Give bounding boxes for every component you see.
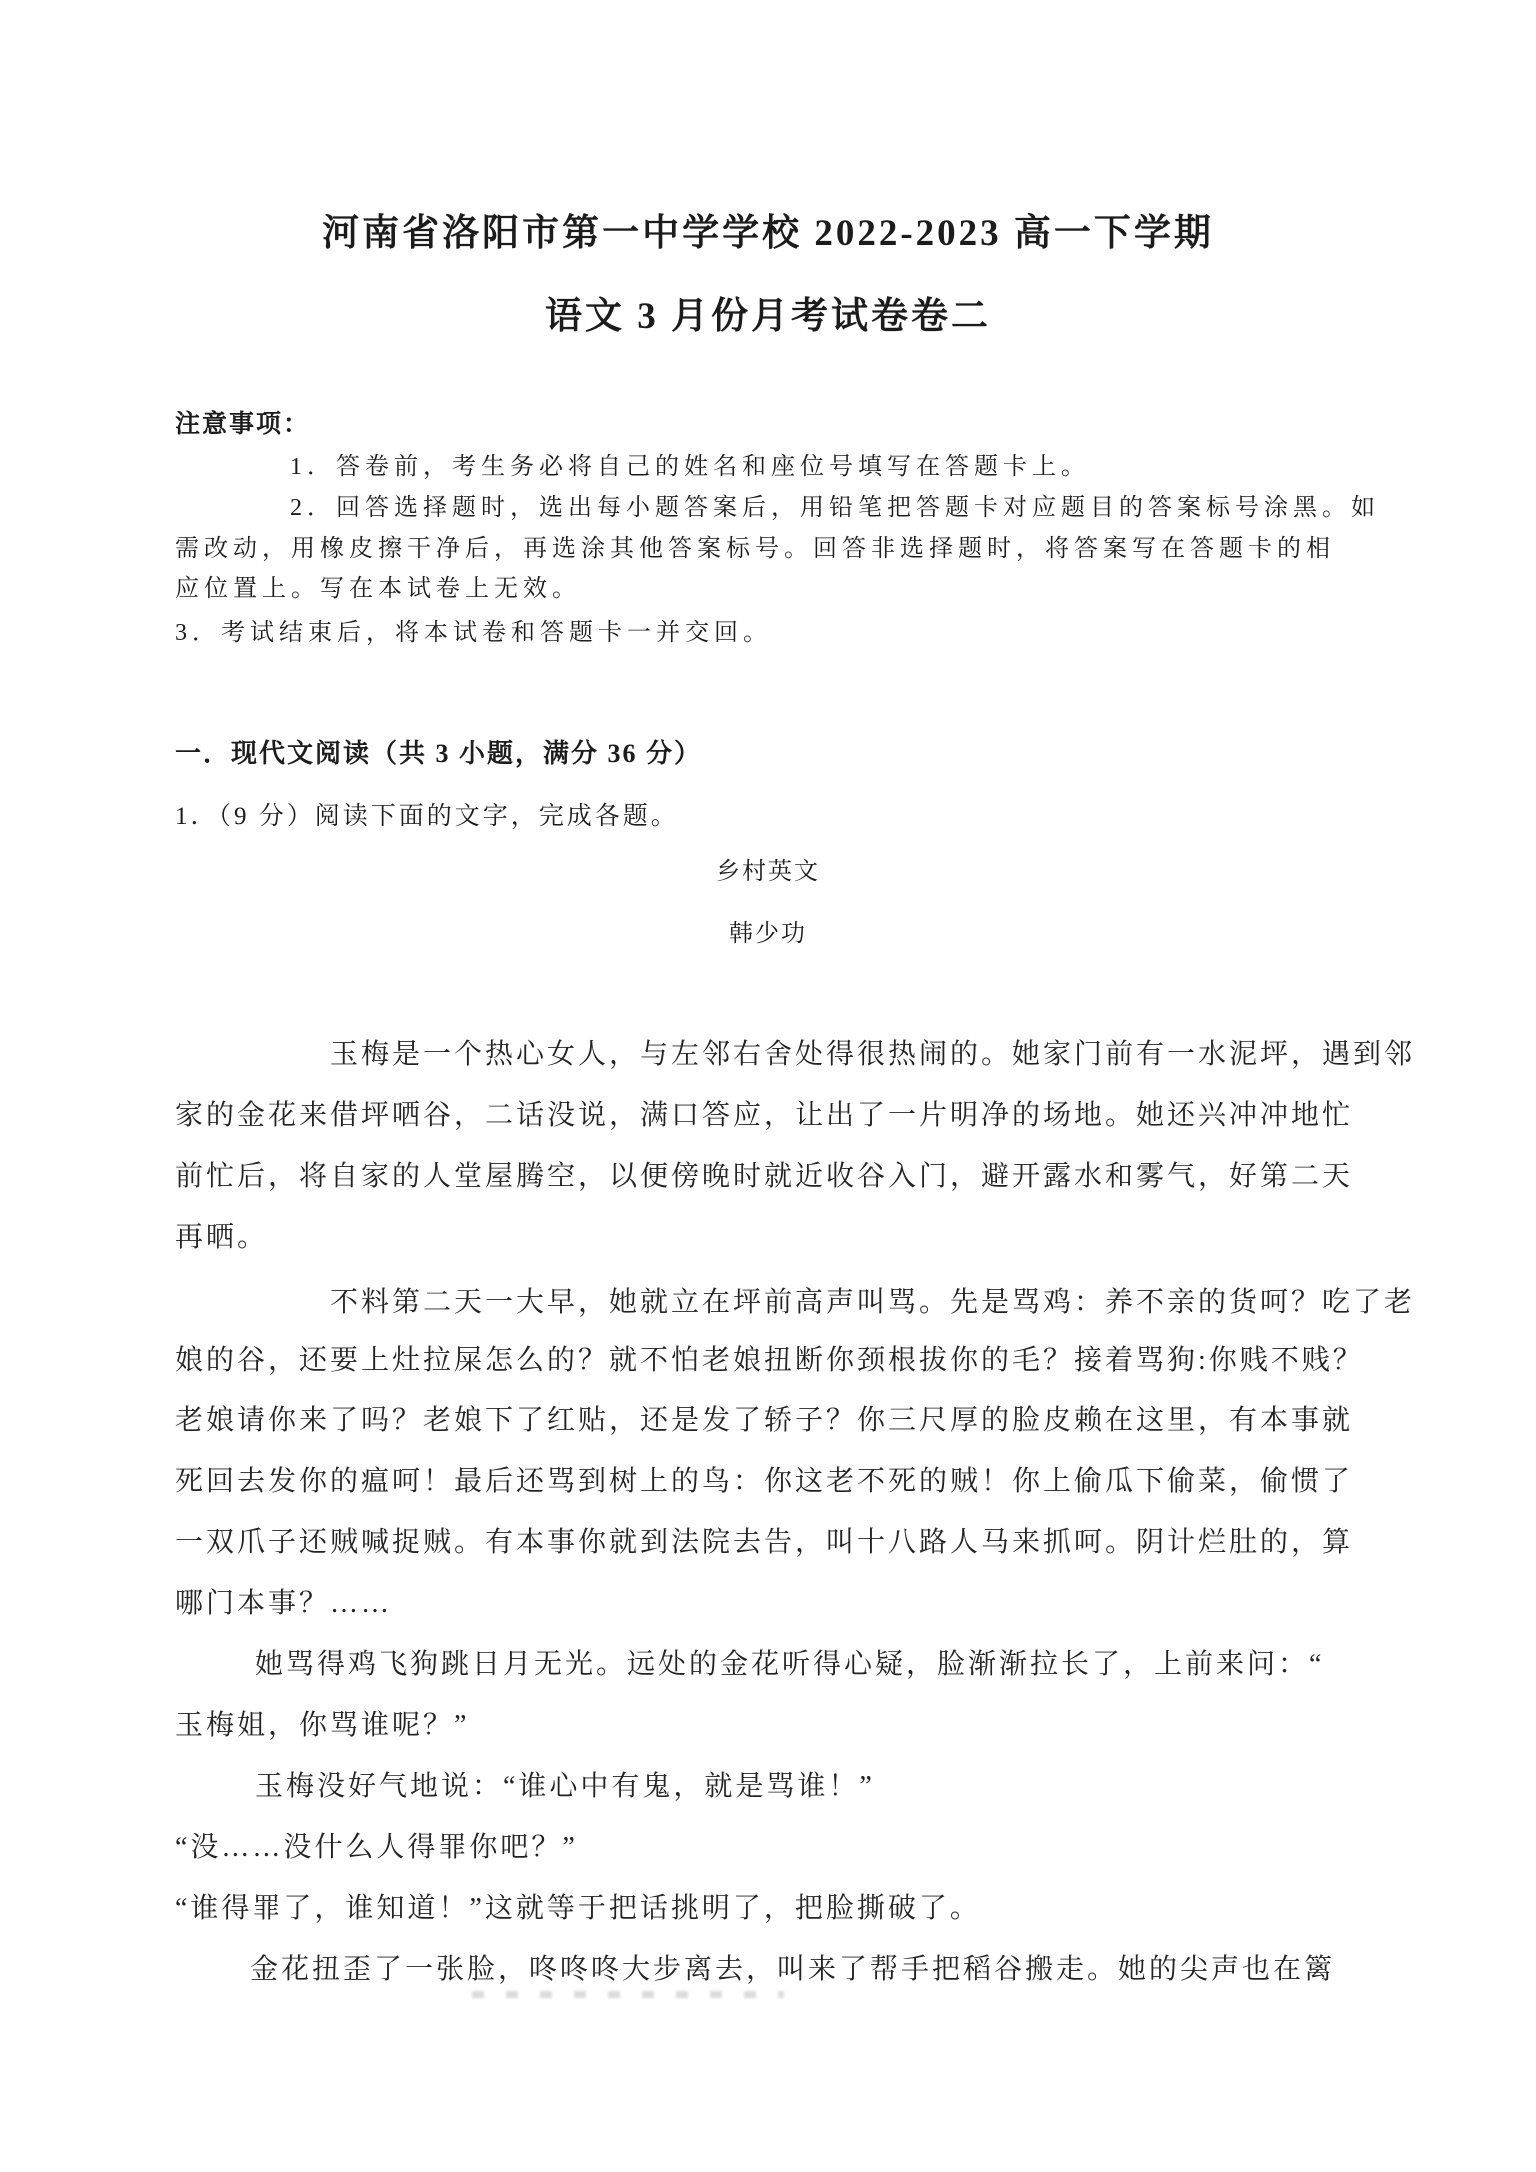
passage-line: 老娘请你来了吗？老娘下了红贴，还是发了轿子？你三尺厚的脸皮赖在这里，有本事就 xyxy=(175,1398,1435,1438)
passage-line: 金花扭歪了一张脸，咚咚咚大步离去，叫来了帮手把稻谷搬走。她的尖声也在篱 xyxy=(175,1947,1510,1987)
passage-author: 韩少功 xyxy=(0,913,1536,948)
passage-line: 玉梅没好气地说：“谁心中有鬼，就是骂谁！” xyxy=(175,1764,1515,1804)
passage-line: 玉梅姐，你骂谁呢？” xyxy=(175,1703,1435,1743)
section-heading: 一．现代文阅读（共 3 小题，满分 36 分） xyxy=(175,733,702,770)
passage-line: 一双爪子还贼喊捉贼。有本事你就到法院去告，叫十八路人马来抓呵。阴计烂肚的，算 xyxy=(175,1520,1435,1560)
passage-line: 玉梅是一个热心女人，与左邻右舍处得很热闹的。她家门前有一水泥坪，遇到邻 xyxy=(175,1032,1536,1072)
notes-heading: 注意事项： xyxy=(175,404,310,440)
note-item-1: 1．答卷前，考生务必将自己的姓名和座位号填写在答题卡上。 xyxy=(290,446,1090,481)
exam-title-line1: 河南省洛阳市第一中学学校 2022-2023 高一下学期 xyxy=(0,202,1536,256)
passage-line: “谁得罪了，谁知道！”这就等于把话挑明了，把脸撕破了。 xyxy=(175,1886,1435,1926)
scan-artifact xyxy=(472,1991,784,1998)
passage-line: 家的金花来借坪哂谷，二话没说，满口答应，让出了一片明净的场地。她还兴冲冲地忙 xyxy=(175,1093,1435,1133)
passage-line: 娘的谷，还要上灶拉屎怎么的？就不怕老娘扭断你颈根拔你的毛？接着骂狗:你贱不贱？ xyxy=(175,1338,1435,1378)
passage-line: 死回去发你的瘟呵！最后还骂到树上的鸟：你这老不死的贼！你上偷瓜下偷菜，偷惯了 xyxy=(175,1459,1435,1499)
note-item-2-line1: 2．回答选择题时，选出每小题答案后，用铅笔把答题卡对应题目的答案标号涂黑。如 xyxy=(290,487,1380,522)
passage-title: 乡村英文 xyxy=(0,851,1536,886)
passage-line: 不料第二天一大早，她就立在坪前高声叫骂。先是骂鸡：养不亲的货呵？吃了老 xyxy=(175,1280,1536,1320)
passage-line: 哪门本事？…… xyxy=(175,1581,1435,1621)
note-item-3: 3．考试结束后，将本试卷和答题卡一并交回。 xyxy=(175,612,772,647)
exam-paper-page: 河南省洛阳市第一中学学校 2022-2023 高一下学期 语文 3 月份月考试卷… xyxy=(0,0,1536,2172)
passage-line: “没……没什么人得罪你吧？” xyxy=(175,1825,1435,1865)
passage-line: 前忙后，将自家的人堂屋腾空，以便傍晚时就近收谷入门，避开露水和雾气，好第二天 xyxy=(175,1154,1435,1194)
note-item-2-line3: 应位置上。写在本试卷上无效。 xyxy=(175,568,581,603)
note-item-2-line2: 需改动，用橡皮擦干净后，再选涂其他答案标号。回答非选择题时，将答案写在答题卡的相 xyxy=(175,528,1335,563)
passage-line: 再晒。 xyxy=(175,1215,1435,1255)
exam-title-line2: 语文 3 月份月考试卷卷二 xyxy=(0,285,1536,339)
passage-line: 她骂得鸡飞狗跳日月无光。远处的金花听得心疑，脸渐渐拉长了，上前来问：“ xyxy=(175,1642,1515,1682)
question-intro: 1．（9 分）阅读下面的文字，完成各题。 xyxy=(175,796,679,832)
